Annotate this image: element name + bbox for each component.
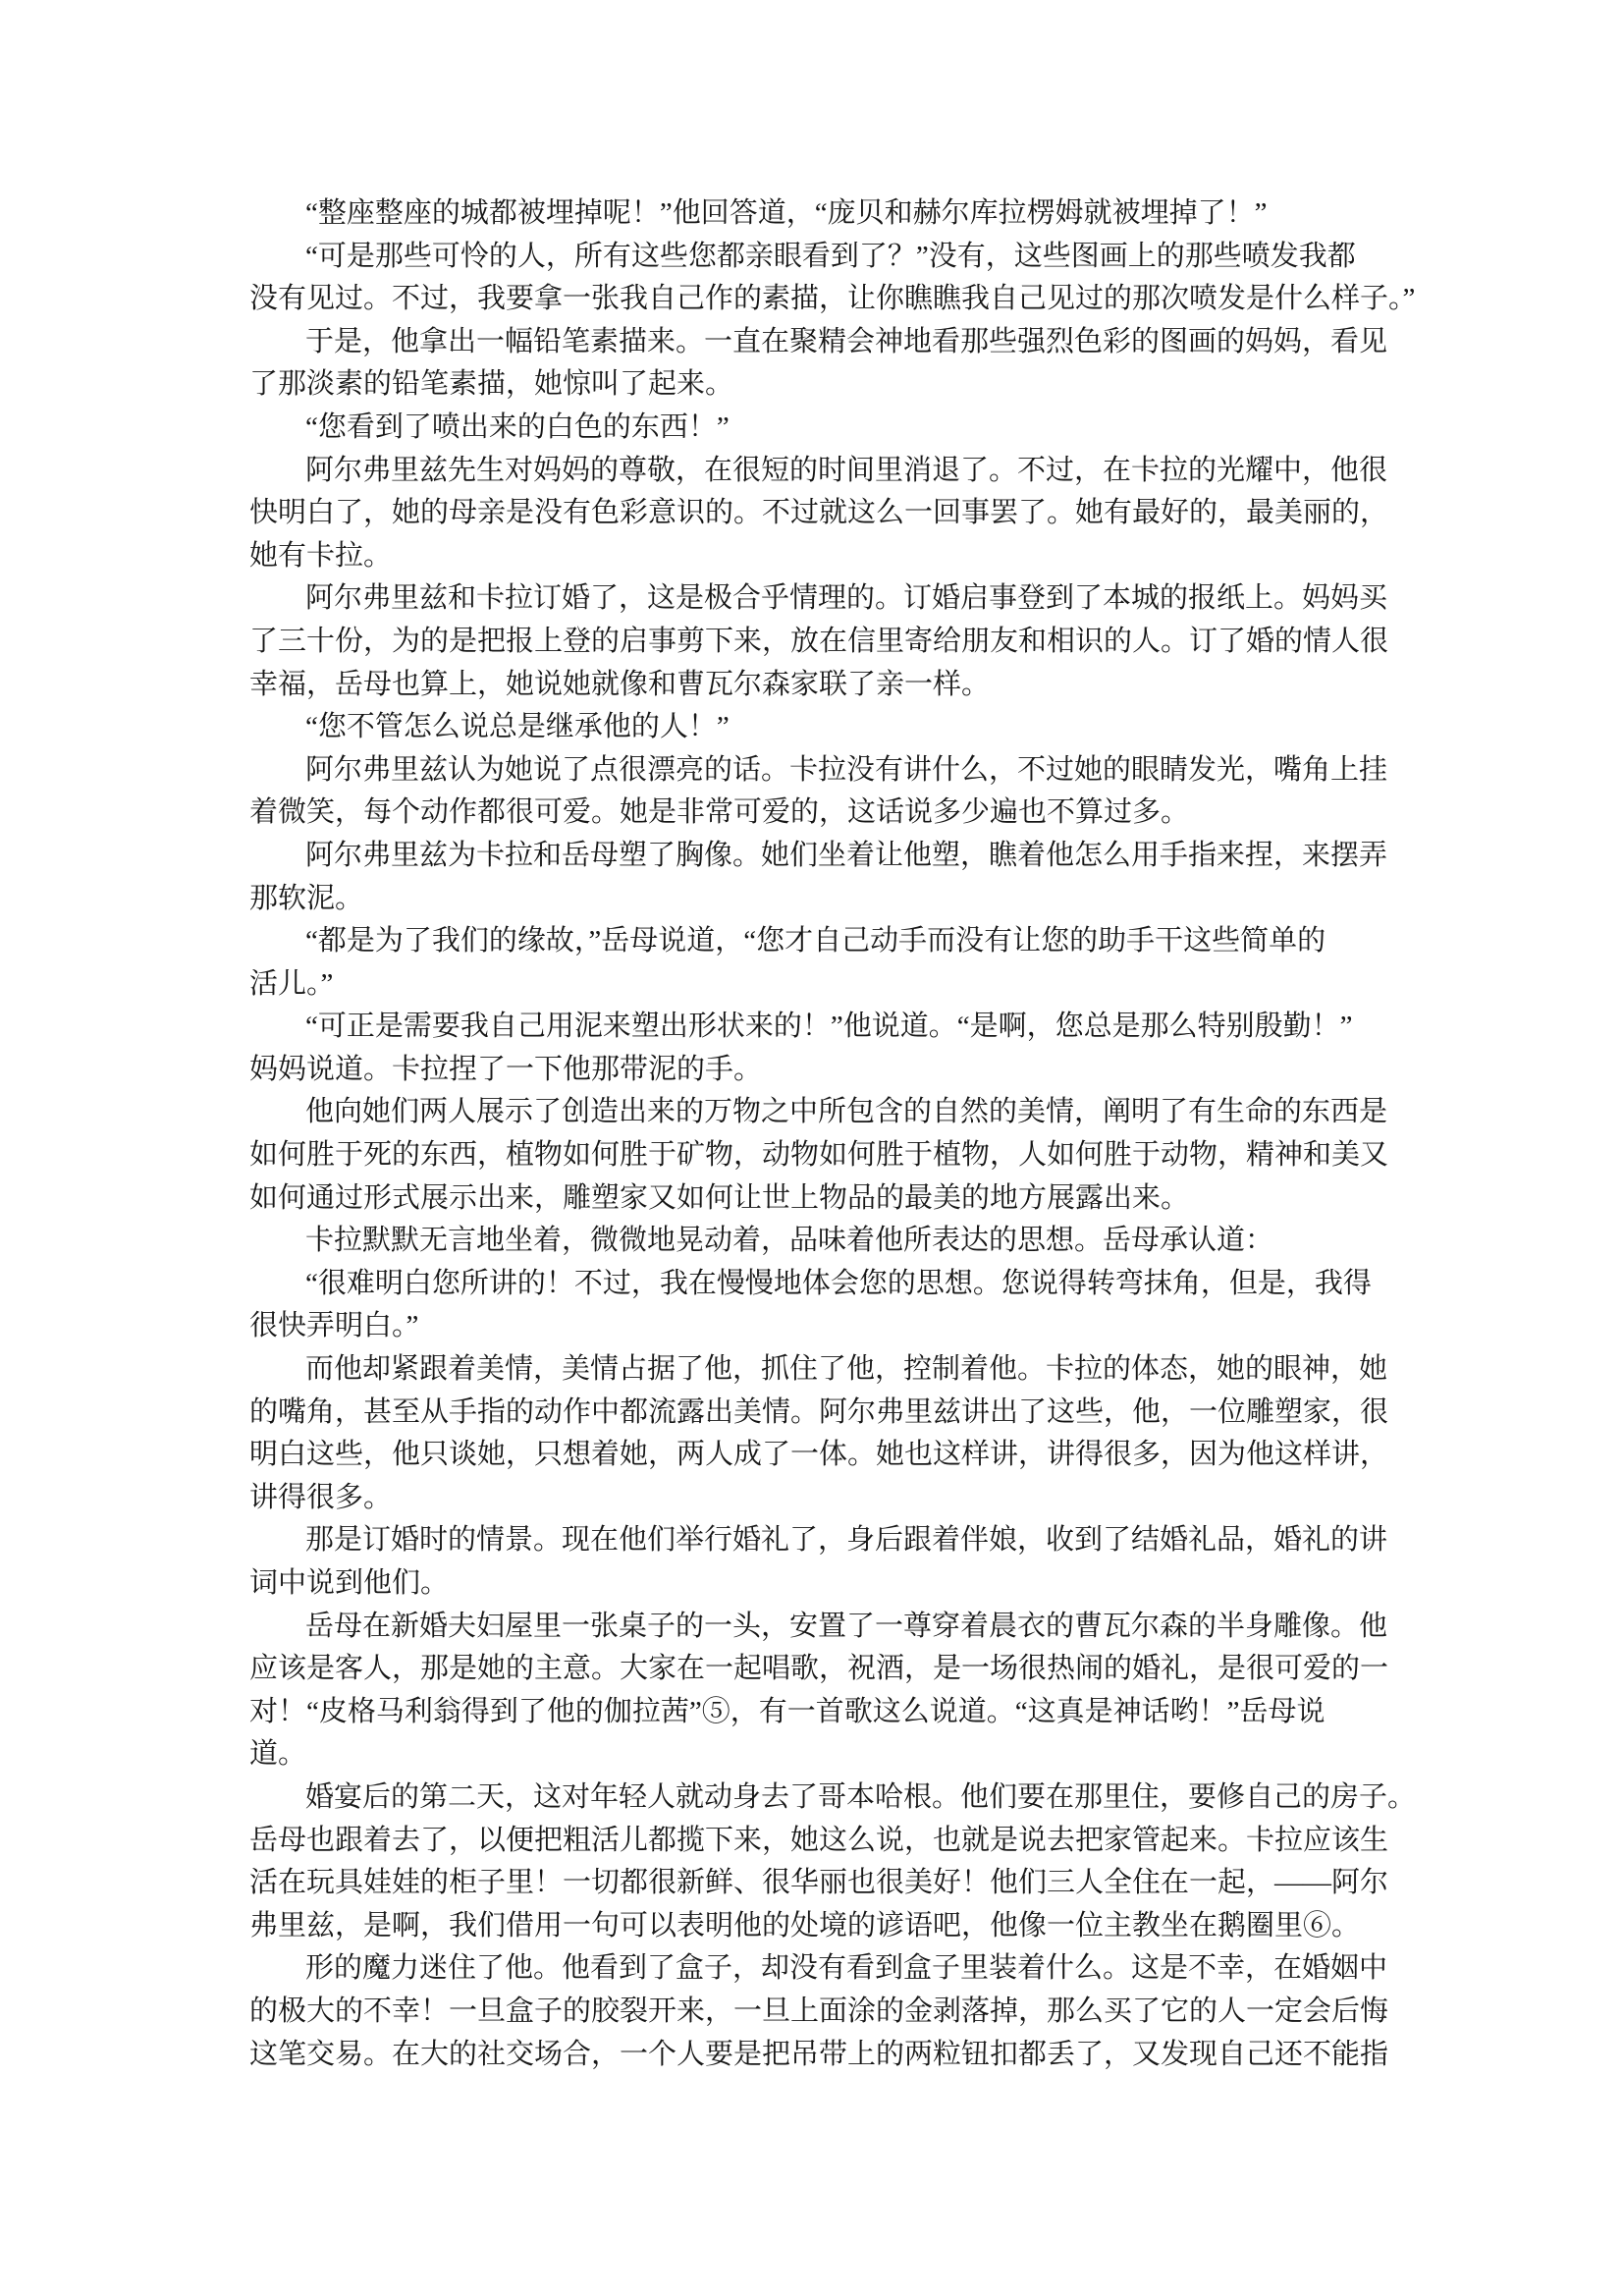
text-line: 卡拉默默无言地坐着，微微地晃动着，品味着他所表达的思想。岳母承认道： — [249, 1220, 1404, 1263]
text-line: 阿尔弗里兹认为她说了点很漂亮的话。卡拉没有讲什么，不过她的眼睛发光，嘴角上挂 — [249, 749, 1404, 793]
text-line: 这笔交易。在大的社交场合，一个人要是把吊带上的两粒钮扣都丢了，又发现自己还不能指 — [249, 2034, 1404, 2077]
text-line: 岳母在新婚夫妇屋里一张桌子的一头，安置了一尊穿着晨衣的曹瓦尔森的半身雕像。他 — [249, 1606, 1404, 1649]
text-line: 于是，他拿出一幅铅笔素描来。一直在聚精会神地看那些强烈色彩的图画的妈妈，看见 — [249, 321, 1404, 364]
text-column: “整座整座的城都被埋掉呢！”他回答道，“庞贝和赫尔库拉楞姆就被埋掉了！”“可是那… — [249, 192, 1404, 2076]
text-line: “您看到了喷出来的白色的东西！” — [249, 407, 1404, 450]
text-line: 阿尔弗里兹先生对妈妈的尊敬，在很短的时间里消退了。不过，在卡拉的光耀中，他很 — [249, 450, 1404, 493]
text-line: 快明白了，她的母亲是没有色彩意识的。不过就这么一回事罢了。她有最好的，最美丽的， — [249, 492, 1404, 535]
text-line: 那软泥。 — [249, 878, 1404, 921]
text-line: 对！“皮格马利翁得到了他的伽拉茜”⑤，有一首歌这么说道。“这真是神话哟！”岳母说 — [249, 1691, 1404, 1734]
text-line: 形的魔力迷住了他。他看到了盒子，却没有看到盒子里装着什么。这是不幸，在婚姻中 — [249, 1947, 1404, 1991]
text-line: 了那淡素的铅笔素描，她惊叫了起来。 — [249, 363, 1404, 407]
text-line: 词中说到他们。 — [249, 1562, 1404, 1606]
text-line: 阿尔弗里兹为卡拉和岳母塑了胸像。她们坐着让他塑，瞧着他怎么用手指来捏，来摆弄 — [249, 835, 1404, 878]
text-line: 明白这些，他只谈她，只想着她，两人成了一体。她也这样讲，讲得很多，因为他这样讲， — [249, 1434, 1404, 1477]
text-line: 的极大的不幸！一旦盒子的胶裂开来，一旦上面涂的金剥落掉，那么买了它的人一定会后悔 — [249, 1991, 1404, 2034]
document-page: “整座整座的城都被埋掉呢！”他回答道，“庞贝和赫尔库拉楞姆就被埋掉了！”“可是那… — [0, 0, 1623, 2296]
text-line: 而他却紧跟着美情，美情占据了他，抓住了他，控制着他。卡拉的体态，她的眼神，她 — [249, 1348, 1404, 1392]
text-line: 道。 — [249, 1733, 1404, 1777]
text-line: 如何通过形式展示出来，雕塑家又如何让世上物品的最美的地方展露出来。 — [249, 1177, 1404, 1221]
text-line: “可是那些可怜的人，所有这些您都亲眼看到了？”没有，这些图画上的那些喷发我都 — [249, 236, 1404, 279]
text-line: “都是为了我们的缘故，”岳母说道，“您才自己动手而没有让您的助手干这些简单的 — [249, 920, 1404, 963]
text-line: 没有见过。不过，我要拿一张我自己作的素描，让你瞧瞧我自己见过的那次喷发是什么样子… — [249, 278, 1404, 321]
text-line: 的嘴角，甚至从手指的动作中都流露出美情。阿尔弗里兹讲出了这些，他，一位雕塑家，很 — [249, 1392, 1404, 1435]
text-line: 活在玩具娃娃的柜子里！一切都很新鲜、很华丽也很美好！他们三人全住在一起，——阿尔 — [249, 1862, 1404, 1905]
text-line: 他向她们两人展示了创造出来的万物之中所包含的自然的美情，阐明了有生命的东西是 — [249, 1091, 1404, 1134]
text-line: 活儿。” — [249, 963, 1404, 1007]
text-line: 很快弄明白。” — [249, 1305, 1404, 1348]
text-line: 岳母也跟着去了，以便把粗活儿都揽下来，她这么说，也就是说去把家管起来。卡拉应该生 — [249, 1820, 1404, 1863]
text-line: 婚宴后的第二天，这对年轻人就动身去了哥本哈根。他们要在那里住，要修自己的房子。 — [249, 1777, 1404, 1820]
text-line: 阿尔弗里兹和卡拉订婚了，这是极合乎情理的。订婚启事登到了本城的报纸上。妈妈买 — [249, 577, 1404, 621]
text-line: 妈妈说道。卡拉捏了一下他那带泥的手。 — [249, 1049, 1404, 1092]
text-line: 那是订婚时的情景。现在他们举行婚礼了，身后跟着伴娘，收到了结婚礼品，婚礼的讲 — [249, 1519, 1404, 1562]
text-line: “可正是需要我自己用泥来塑出形状来的！”他说道。“是啊，您总是那么特别殷勤！” — [249, 1006, 1404, 1049]
text-line: 应该是客人，那是她的主意。大家在一起唱歌，祝酒，是一场很热闹的婚礼，是很可爱的一 — [249, 1648, 1404, 1691]
text-line: “您不管怎么说总是继承他的人！” — [249, 706, 1404, 749]
text-line: 如何胜于死的东西，植物如何胜于矿物，动物如何胜于植物，人如何胜于动物，精神和美又 — [249, 1134, 1404, 1177]
text-line: 讲得很多。 — [249, 1477, 1404, 1520]
text-line: 弗里兹，是啊，我们借用一句可以表明他的处境的谚语吧，他像一位主教坐在鹅圈里⑥。 — [249, 1905, 1404, 1948]
text-line: 着微笑，每个动作都很可爱。她是非常可爱的，这话说多少遍也不算过多。 — [249, 792, 1404, 835]
text-line: 了三十份，为的是把报上登的启事剪下来，放在信里寄给朋友和相识的人。订了婚的情人很 — [249, 621, 1404, 664]
text-line: “很难明白您所讲的！不过，我在慢慢地体会您的思想。您说得转弯抹角，但是，我得 — [249, 1263, 1404, 1306]
text-line: “整座整座的城都被埋掉呢！”他回答道，“庞贝和赫尔库拉楞姆就被埋掉了！” — [249, 192, 1404, 236]
text-line: 她有卡拉。 — [249, 535, 1404, 578]
text-line: 幸福，岳母也算上，她说她就像和曹瓦尔森家联了亲一样。 — [249, 664, 1404, 707]
